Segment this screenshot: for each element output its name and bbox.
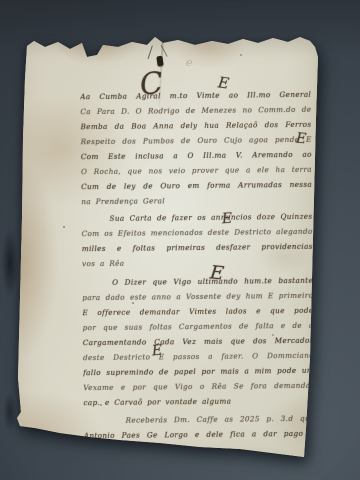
- manuscript-line: Vexame e por que Vigo o Rêa Se fora dema…: [83, 378, 314, 395]
- manuscript-line: Antonio Paes Ge Lorgo e dele fica a dar …: [84, 426, 315, 443]
- manuscript-line: Respeito dos Pumbos de Ouro Cujo agoa pe…: [81, 132, 312, 149]
- manuscript-line: deste Destricto E passos a fazer. O Domm…: [83, 348, 314, 365]
- manuscript-text-block: Aa Cumba Agiral m.to Vimte ao Ill.mo Gen…: [80, 87, 315, 443]
- paper-shadow-wrap: e C E E E E E Aa Cumba Agiral m.to Vimte…: [0, 0, 360, 480]
- ink-speck: [240, 54, 242, 56]
- fold-seal-mark: [156, 56, 163, 67]
- ghost-ink-mark: e: [185, 55, 194, 69]
- manuscript-line: para dado este anno a Vossente dey hum E…: [82, 288, 313, 305]
- manuscript-line: por que suas foltas Cargamentos de falta…: [83, 318, 314, 335]
- manuscript-line: Ca Para D. O Rodrigo de Menezes no Comm.…: [80, 102, 311, 119]
- manuscript-line: O Rocha, que nos veio prover que a ele h…: [81, 162, 312, 179]
- manuscript-line: vos a Rêa: [82, 254, 313, 271]
- manuscript-photo: e C E E E E E Aa Cumba Agiral m.to Vimte…: [0, 0, 360, 480]
- manuscript-line: Com os Efeitos mencionados deste Destric…: [82, 224, 313, 241]
- manuscript-paper: e C E E E E E Aa Cumba Agiral m.to Vimte…: [14, 34, 320, 462]
- manuscript-line: cap. e Carvaõ por vontade alguma: [83, 393, 314, 410]
- manuscript-line: na Prendença Geral: [81, 192, 312, 209]
- manuscript-line: Receberás Dm. Caffe as 2025 p. 3.d que t…: [84, 411, 315, 428]
- ink-speck: [63, 226, 65, 228]
